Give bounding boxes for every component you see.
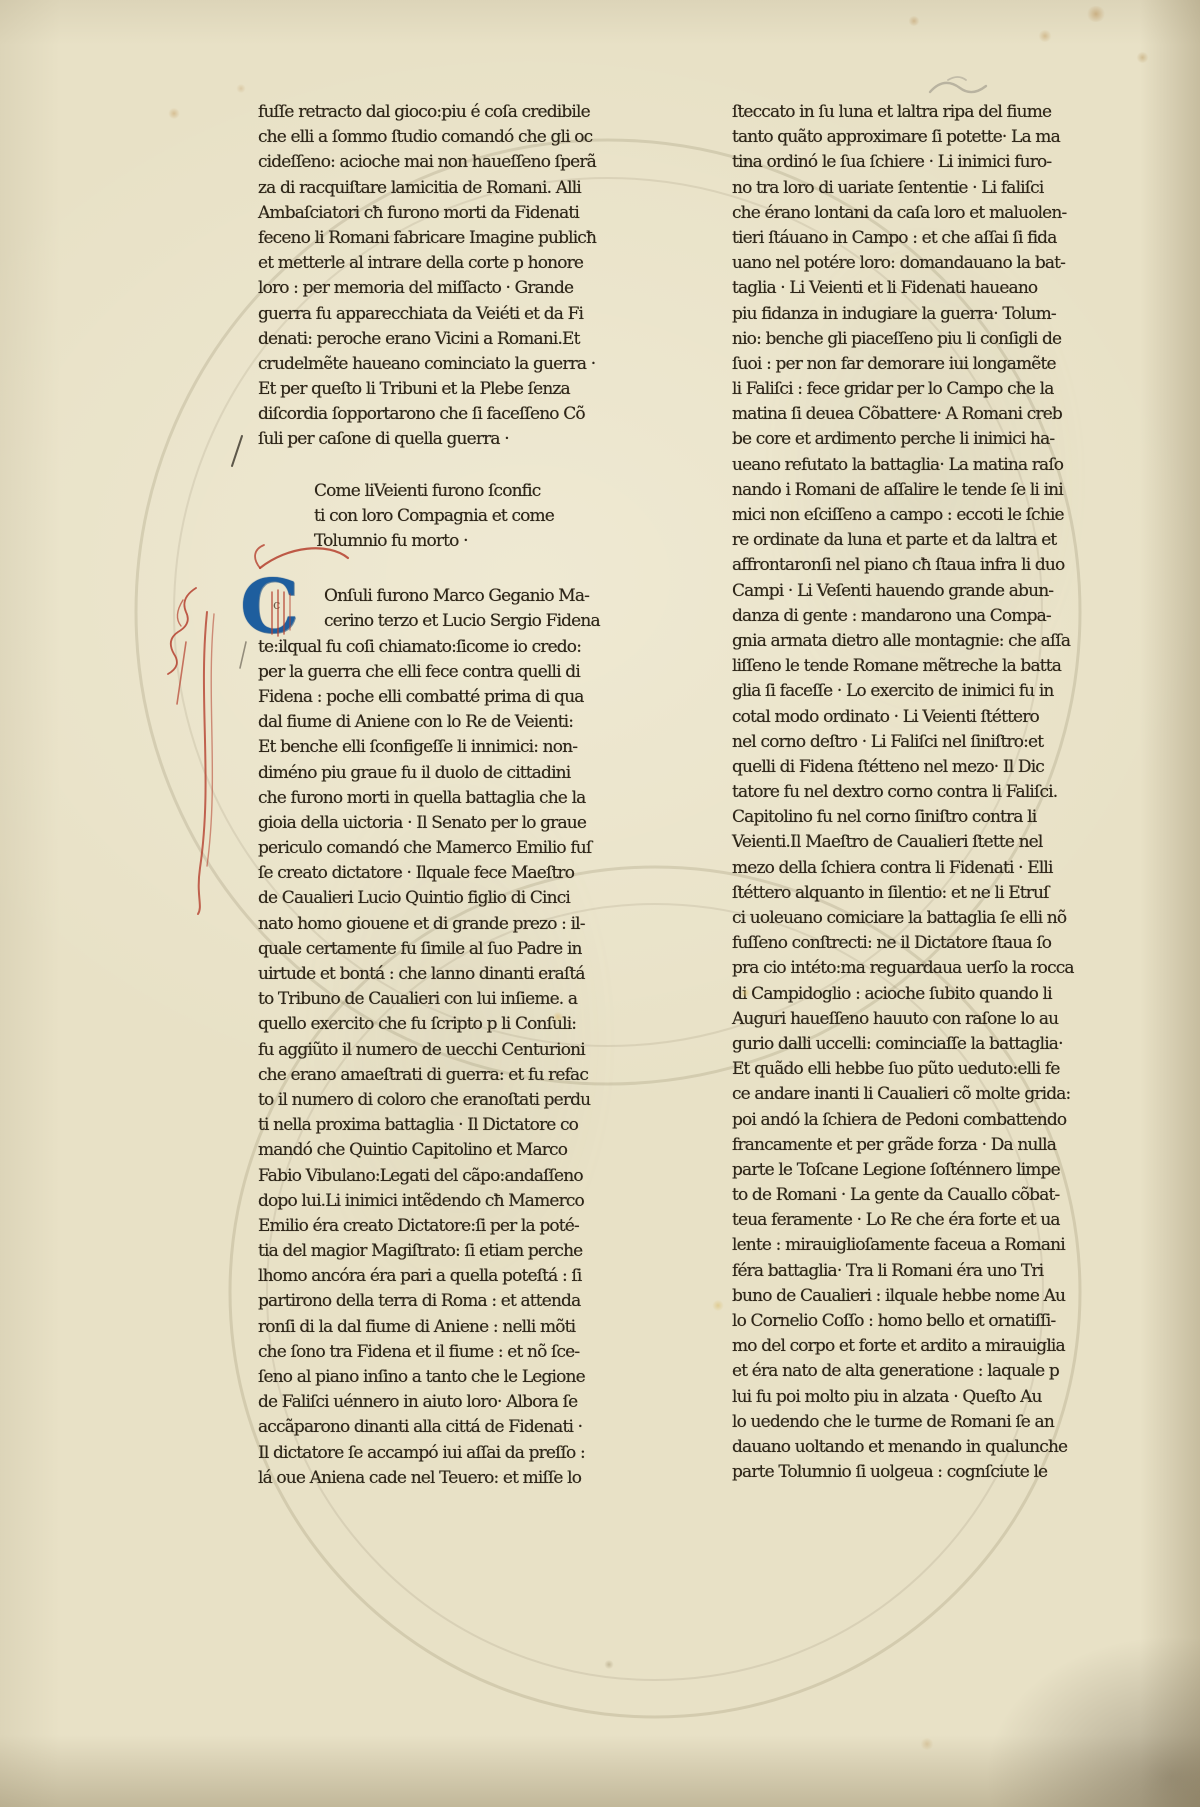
foxing-spot xyxy=(552,1012,564,1022)
foxing-spot xyxy=(920,1738,934,1750)
foxing-spot xyxy=(604,1660,614,1669)
foxing-spot xyxy=(168,108,180,119)
foxing-spot xyxy=(1136,52,1149,63)
book-page: fuſſe retracto dal gioco:piu é coſa cred… xyxy=(0,0,1200,1807)
foxing-spot xyxy=(908,16,920,26)
pencil-scribble xyxy=(930,77,986,92)
foxing-spot xyxy=(1086,6,1106,22)
marginalia-layer xyxy=(0,0,1200,1807)
foxing-spot xyxy=(712,1300,724,1311)
foxing-spot xyxy=(740,988,751,998)
ink-margin-marks xyxy=(232,436,246,668)
corner-smudge xyxy=(960,1617,1200,1807)
foxing-spot xyxy=(1038,30,1052,42)
red-penwork-flourish xyxy=(168,545,348,914)
foxing-spot xyxy=(236,84,246,93)
